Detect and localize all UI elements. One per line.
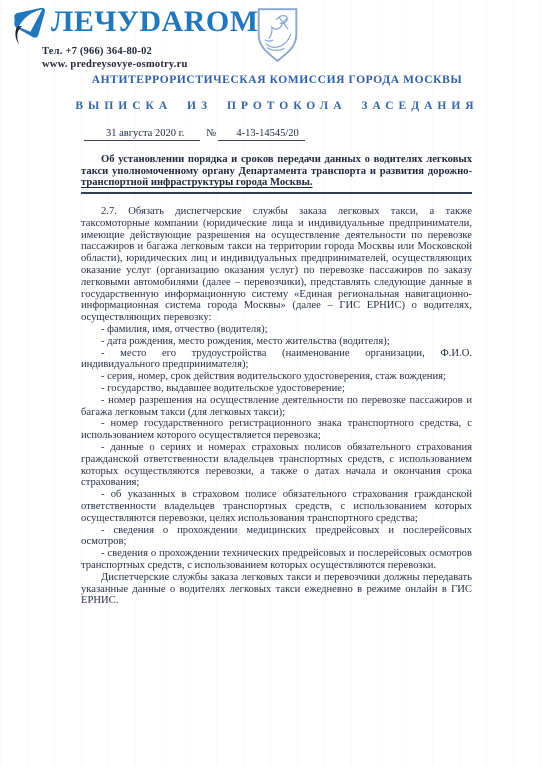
lechu-darom-logo-icon bbox=[10, 6, 48, 46]
document-type-title: ВЫПИСКА ИЗ ПРОТОКОЛА ЗАСЕДАНИЯ bbox=[0, 100, 554, 112]
list-item: - об указанных в страховом полисе обязат… bbox=[81, 489, 472, 524]
list-item: - сведения о прохождении медицинских пре… bbox=[81, 525, 472, 549]
scanned-document-page: ЛЕЧУDAROM Тел. +7 (966) 364-80-02 www. p… bbox=[0, 0, 554, 767]
subject-line: Об установлении порядка и сроков передач… bbox=[81, 154, 472, 166]
list-item: - государство, выдавшее водительское удо… bbox=[81, 383, 472, 395]
subject-line: транспортной инфраструктуры города Москв… bbox=[81, 177, 472, 189]
commission-title: АНТИТЕРРОРИСТИЧЕСКАЯ КОМИССИЯ ГОРОДА МОС… bbox=[0, 74, 554, 86]
logo: ЛЕЧУDAROM bbox=[10, 4, 259, 46]
closing-paragraph: Диспетчерские службы заказа легковых так… bbox=[81, 572, 472, 607]
body-text: 2.7. Обязать диспетчерские службы заказа… bbox=[81, 206, 472, 607]
list-item: - сведения о прохождении технических пре… bbox=[81, 548, 472, 572]
subject-paragraph: Об установлении порядка и сроков передач… bbox=[81, 154, 472, 194]
list-item: - место его трудоустройства (наименовани… bbox=[81, 348, 472, 372]
protocol-number: 4-13-14545/20 bbox=[234, 127, 304, 141]
moscow-coat-of-arms-icon bbox=[254, 6, 301, 65]
list-item: - номер государственного регистрационног… bbox=[81, 418, 472, 442]
list-item: - номер разрешения на осуществление деят… bbox=[81, 395, 472, 419]
subject-line: такси уполномоченному органу Департамент… bbox=[81, 166, 472, 178]
list-item: - серия, номер, срок действия водительск… bbox=[81, 371, 472, 383]
phone-line: Тел. +7 (966) 364-80-02 bbox=[42, 46, 259, 59]
number-sign: № bbox=[200, 128, 218, 139]
list-item: - фамилия, имя, отчество (водителя); bbox=[81, 324, 472, 336]
underline-segment bbox=[218, 128, 234, 141]
logo-text: ЛЕЧУDAROM bbox=[51, 4, 259, 40]
paragraph-2-7: 2.7. Обязать диспетчерские службы заказа… bbox=[81, 206, 472, 324]
website-line: www. predreysovye-osmotry.ru bbox=[42, 59, 259, 72]
protocol-date: 31 августа 2020 г. bbox=[102, 127, 188, 141]
list-item: - дата рождения, место рождения, место ж… bbox=[81, 336, 472, 348]
underline-segment bbox=[84, 128, 102, 141]
list-item: - данные о сериях и номерах страховых по… bbox=[81, 442, 472, 489]
date-number-line: 31 августа 2020 г.№4-13-14545/20 bbox=[84, 127, 305, 141]
underline-segment bbox=[188, 128, 200, 141]
letterhead: ЛЕЧУDAROM Тел. +7 (966) 364-80-02 www. p… bbox=[10, 4, 259, 71]
